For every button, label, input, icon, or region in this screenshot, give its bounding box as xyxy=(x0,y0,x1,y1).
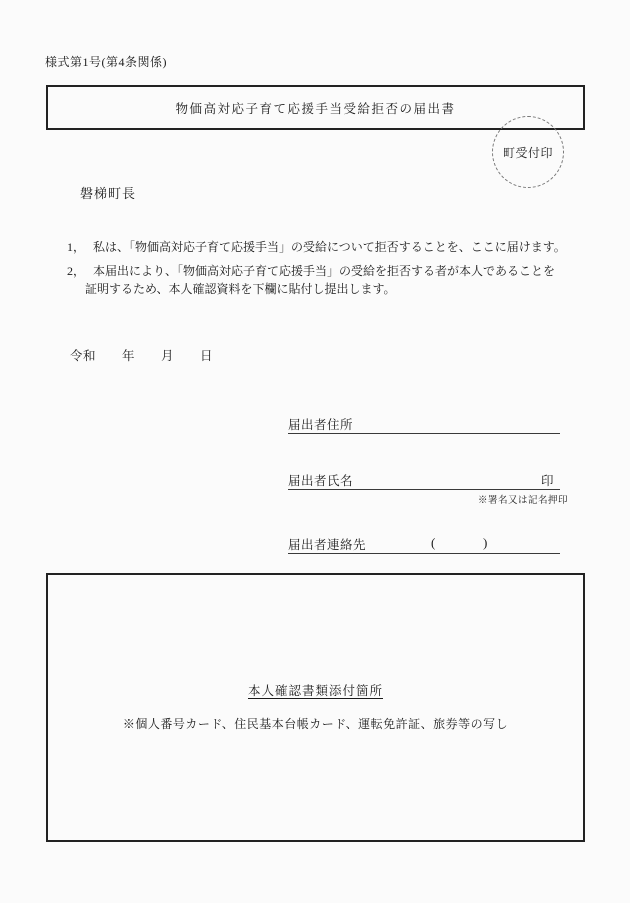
id-attachment-note: ※個人番号カード、住民基本台帳カード、運転免許証、旅券等の写し xyxy=(48,715,583,732)
item-1-number: 1， xyxy=(67,238,85,255)
applicant-contact-field: 届出者連絡先 ( ) xyxy=(288,535,560,554)
date-line-reiwa: 令和 年 月 日 xyxy=(70,346,213,364)
refusal-notification-form: 様式第1号(第4条関係) 物価高対応子育て応援手当受給拒否の届出書 町受付印 磐… xyxy=(0,0,630,903)
applicant-contact-label: 届出者連絡先 xyxy=(288,538,366,552)
id-attachment-box: 本人確認書類添付箇所 ※個人番号カード、住民基本台帳カード、運転免許証、旅券等の… xyxy=(46,573,585,842)
town-receipt-stamp-label: 町受付印 xyxy=(503,144,553,161)
item-2-text-line-2: 証明するため、本人確認資料を下欄に貼付し提出します。 xyxy=(85,280,396,297)
seal-note: ※署名又は記名押印 xyxy=(280,492,568,506)
addressee-town-mayor: 磐梯町長 xyxy=(80,183,136,202)
applicant-name-label: 届出者氏名 xyxy=(288,471,353,489)
form-title: 物価高対応子育て応援手当受給拒否の届出書 xyxy=(175,99,455,117)
applicant-name-field: 届出者氏名 印 xyxy=(288,471,560,490)
item-2-text-line-1: 本届出により、「物価高対応子育て応援手当」の受給を拒否する者が本人であることを xyxy=(93,262,555,279)
applicant-address-field: 届出者住所 xyxy=(288,415,560,434)
applicant-address-label: 届出者住所 xyxy=(288,418,353,432)
contact-paren-open: ( xyxy=(431,535,436,551)
seal-mark: 印 xyxy=(541,471,554,489)
contact-paren-close: ) xyxy=(483,535,488,551)
item-1-text: 私は、「物価高対応子育て応援手当」の受給について拒否することを、ここに届けます。 xyxy=(93,238,566,255)
item-2-number: 2， xyxy=(67,262,85,279)
town-receipt-stamp-circle: 町受付印 xyxy=(492,116,564,188)
form-number: 様式第1号(第4条関係) xyxy=(45,53,167,70)
id-attachment-heading: 本人確認書類添付箇所 xyxy=(48,681,583,699)
